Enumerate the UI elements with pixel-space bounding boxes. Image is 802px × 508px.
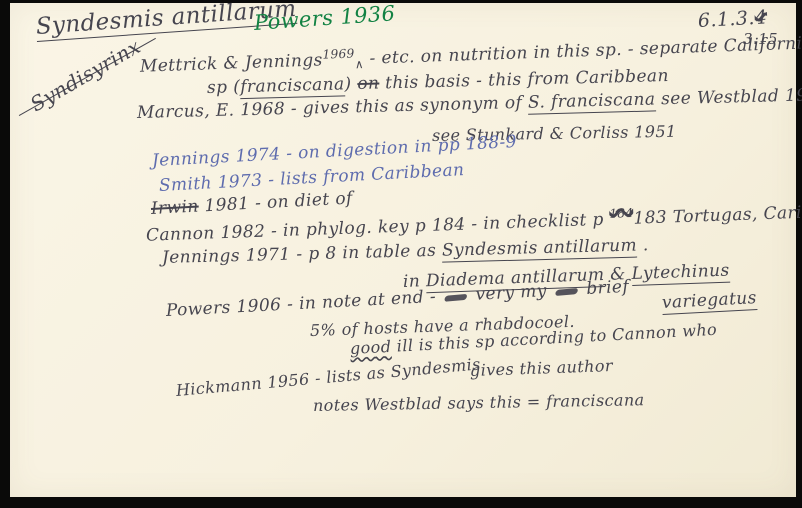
handwritten-text: Syndisyrinx — [26, 34, 145, 116]
handwritten-text: Jennings 1971 - p 8 in table as — [162, 241, 443, 268]
handwritten-text: very my — [469, 281, 553, 305]
handwritten-text: Powers 1906 - in note at end - — [165, 287, 442, 321]
handwritten-text: see Westblad 1953 — [655, 85, 802, 110]
handwritten-text: Marcus, E. 1968 - gives this as synonym … — [137, 93, 529, 123]
diagonal-genus-note: Syndisyrinx — [27, 35, 145, 116]
handwritten-text: Syndesmis antillarum — [442, 236, 638, 263]
handwritten-text: 6.1.3. — [697, 7, 755, 32]
handwriting-layer: Syndesmis antillarumPowers 19366.1.3.43.… — [10, 3, 796, 497]
handwritten-text: 1969 — [322, 47, 354, 62]
note-hosts-cont: variegatus — [662, 289, 758, 313]
handwritten-text: - etc. on nutrition in this sp. - separa… — [363, 33, 802, 69]
handwritten-text: brief — [580, 277, 630, 300]
handwritten-text: gives this author — [470, 356, 614, 380]
ink-scribble — [444, 293, 468, 301]
handwritten-text: ) — [344, 74, 357, 94]
note-hickmann-cont: notes Westblad says this = franciscana — [313, 391, 645, 414]
handwritten-text: franciscana — [240, 74, 345, 99]
handwritten-text: good — [349, 337, 391, 358]
handwritten-text: Irwin — [150, 197, 199, 219]
note-good-ill-cont: gives this author — [470, 357, 614, 380]
handwritten-text: variegatus — [661, 288, 757, 315]
handwritten-text: 184 — [609, 206, 633, 221]
index-card: Syndesmis antillarumPowers 19366.1.3.43.… — [10, 3, 796, 497]
handwritten-text: Mettrick & Jennings — [140, 50, 323, 76]
handwritten-text: S. franciscana — [528, 89, 656, 114]
handwritten-text: . — [637, 235, 649, 255]
handwritten-text: ∧ — [355, 57, 365, 71]
handwritten-text: Lytechinus — [631, 261, 730, 286]
handwritten-text: sp ( — [207, 77, 241, 98]
catalog-number: 6.1.3.4 — [697, 7, 767, 31]
handwritten-text: notes Westblad says this = franciscana — [313, 390, 645, 415]
handwritten-text: on — [357, 73, 380, 94]
handwritten-text: 4 — [754, 6, 768, 29]
handwritten-text: 183 — [633, 208, 667, 229]
handwritten-text: Tortugas, Caribbean — [667, 201, 802, 228]
ink-scribble — [555, 288, 579, 296]
